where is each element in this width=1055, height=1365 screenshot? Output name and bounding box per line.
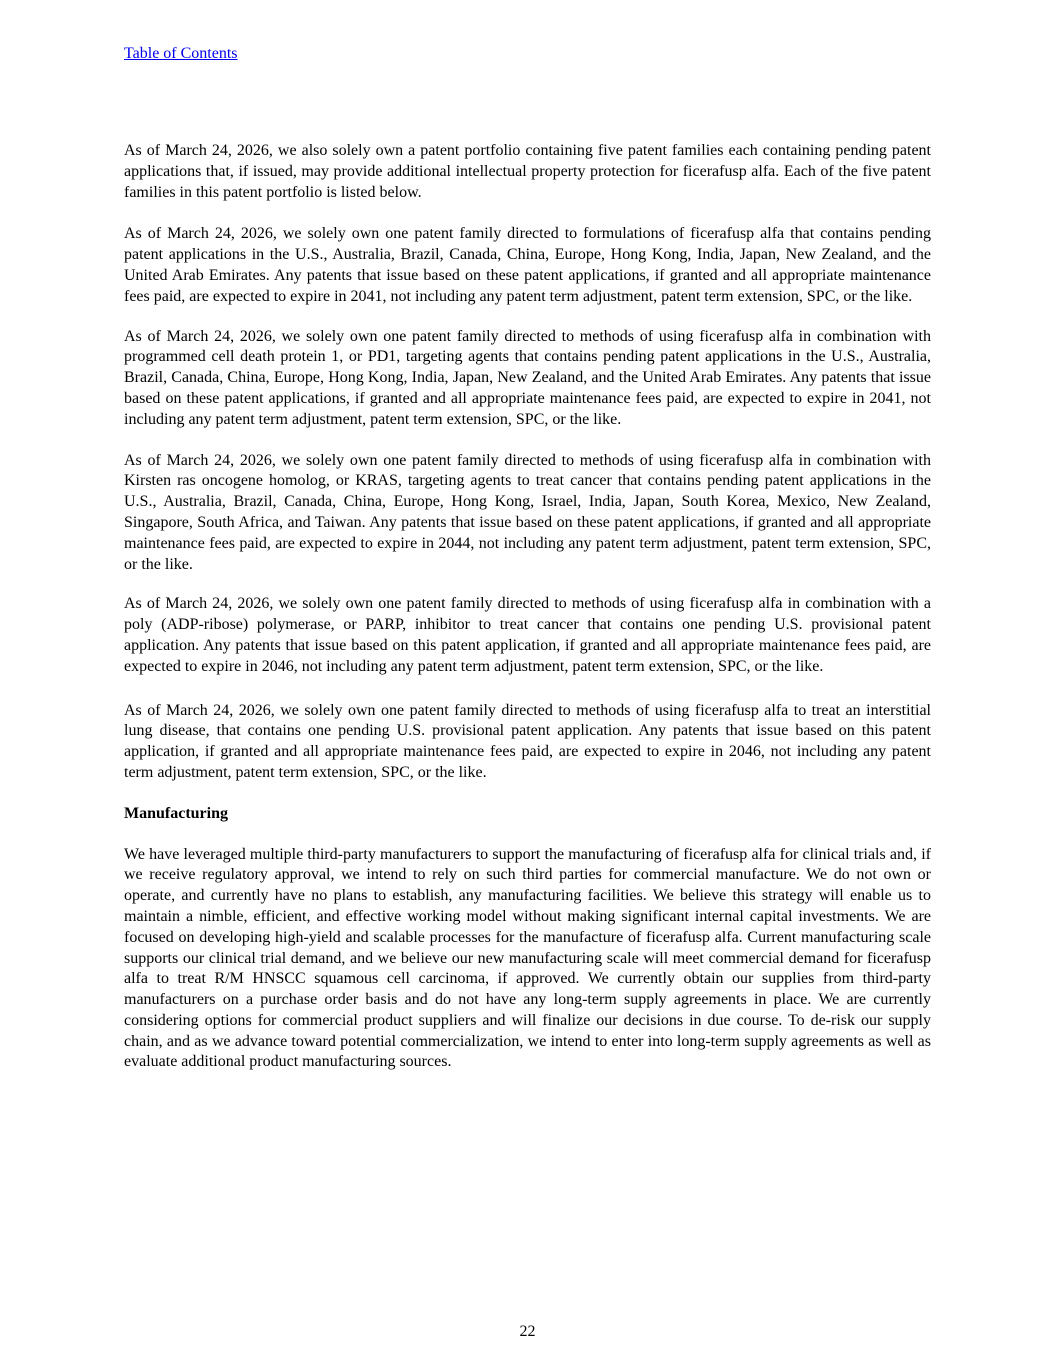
patent-portfolio-intro-paragraph: As of March 24, 2026, we also solely own… [124, 141, 931, 203]
manufacturing-heading: Manufacturing [124, 804, 931, 825]
page-number: 22 [0, 1322, 1055, 1342]
interstitial-lung-disease-patent-paragraph: As of March 24, 2026, we solely own one … [124, 701, 931, 784]
document-body: As of March 24, 2026, we also solely own… [124, 141, 931, 1073]
table-of-contents-link[interactable]: Table of Contents [124, 44, 238, 64]
formulations-patent-paragraph: As of March 24, 2026, we solely own one … [124, 224, 931, 307]
kras-combination-patent-paragraph: As of March 24, 2026, we solely own one … [124, 451, 931, 576]
parp-combination-patent-paragraph: As of March 24, 2026, we solely own one … [124, 594, 931, 677]
manufacturing-paragraph: We have leveraged multiple third-party m… [124, 845, 931, 1074]
pd1-combination-patent-paragraph: As of March 24, 2026, we solely own one … [124, 327, 931, 431]
